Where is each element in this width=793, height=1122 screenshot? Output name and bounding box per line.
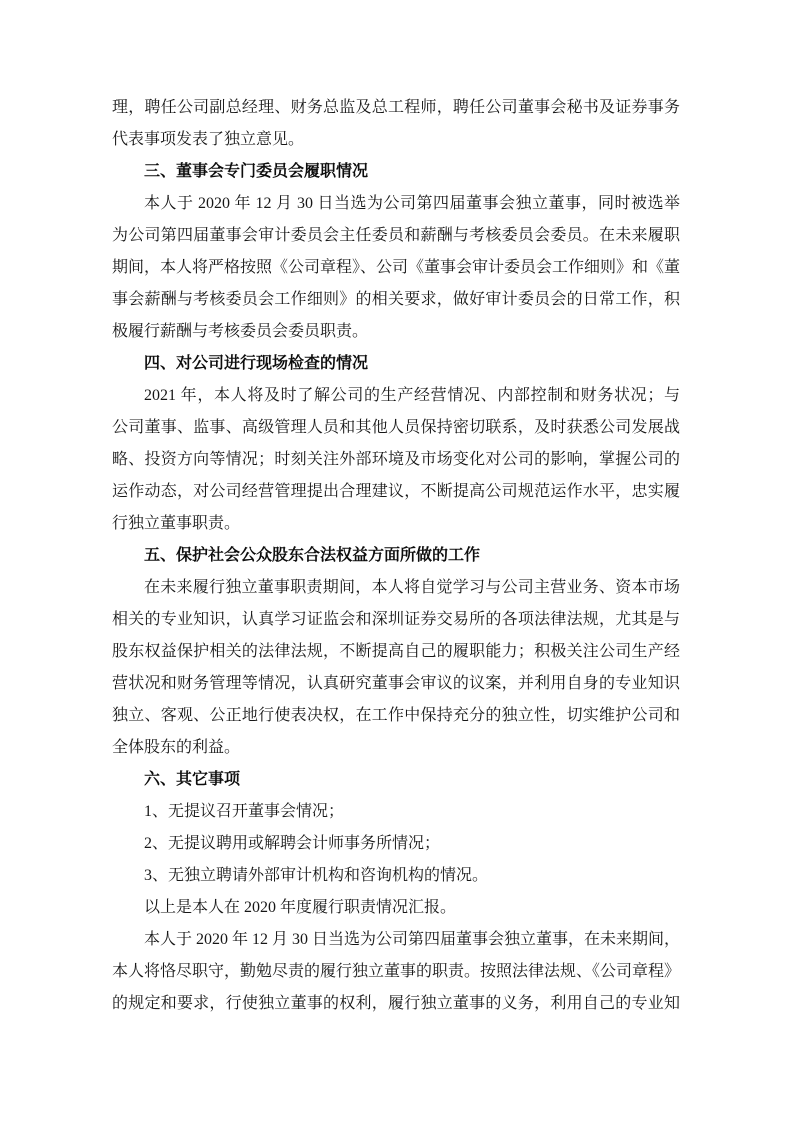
text-line: 本人将恪尽职守，勤勉尽责的履行独立董事的职责。按照法律法规、《公司章程》 — [112, 956, 680, 988]
text-line: 为公司第四届董事会审计委员会主任委员和薪酬与考核委员会委员。在未来履职 — [112, 220, 680, 252]
document-page: 理，聘任公司副总经理、财务总监及总工程师，聘任公司董事会秘书及证券事务代表事项发… — [0, 0, 793, 1122]
text-line: 以上是本人在 2020 年度履行职责情况汇报。 — [112, 892, 680, 924]
text-line: 2、无提议聘用或解聘会计师事务所情况； — [112, 828, 680, 860]
text-line: 运作动态，对公司经营管理提出合理建议，不断提高公司规范运作水平，忠实履 — [112, 476, 680, 508]
text-line: 公司董事、监事、高级管理人员和其他人员保持密切联系，及时获悉公司发展战 — [112, 412, 680, 444]
text-line: 的规定和要求，行使独立董事的权利，履行独立董事的义务，利用自己的专业知 — [112, 988, 680, 1020]
text-line: 事会薪酬与考核委员会工作细则》的相关要求，做好审计委员会的日常工作，积 — [112, 284, 680, 316]
text-line: 本人于 2020 年 12 月 30 日当选为公司第四届董事会独立董事，在未来期… — [112, 924, 680, 956]
text-line: 本人于 2020 年 12 月 30 日当选为公司第四届董事会独立董事，同时被选… — [112, 188, 680, 220]
text-line: 行独立董事职责。 — [112, 508, 680, 540]
section-heading: 五、保护社会公众股东合法权益方面所做的工作 — [112, 540, 680, 572]
text-line: 营状况和财务管理等情况，认真研究董事会审议的议案，并利用自身的专业知识 — [112, 668, 680, 700]
text-line: 相关的专业知识，认真学习证监会和深圳证券交易所的各项法律法规，尤其是与 — [112, 604, 680, 636]
section-heading: 四、对公司进行现场检查的情况 — [112, 348, 680, 380]
text-line: 在未来履行独立董事职责期间，本人将自觉学习与公司主营业务、资本市场 — [112, 572, 680, 604]
section-heading: 三、董事会专门委员会履职情况 — [112, 156, 680, 188]
text-line: 理，聘任公司副总经理、财务总监及总工程师，聘任公司董事会秘书及证券事务 — [112, 92, 680, 124]
text-line: 全体股东的利益。 — [112, 732, 680, 764]
document-content: 理，聘任公司副总经理、财务总监及总工程师，聘任公司董事会秘书及证券事务代表事项发… — [112, 92, 680, 1020]
text-line: 2021 年，本人将及时了解公司的生产经营情况、内部控制和财务状况；与 — [112, 380, 680, 412]
text-line: 代表事项发表了独立意见。 — [112, 124, 680, 156]
text-line: 1、无提议召开董事会情况； — [112, 796, 680, 828]
text-line: 期间，本人将严格按照《公司章程》、公司《董事会审计委员会工作细则》和《董 — [112, 252, 680, 284]
text-line: 3、无独立聘请外部审计机构和咨询机构的情况。 — [112, 860, 680, 892]
text-line: 独立、客观、公正地行使表决权，在工作中保持充分的独立性，切实维护公司和 — [112, 700, 680, 732]
text-line: 极履行薪酬与考核委员会委员职责。 — [112, 316, 680, 348]
text-line: 略、投资方向等情况；时刻关注外部环境及市场变化对公司的影响，掌握公司的 — [112, 444, 680, 476]
text-line: 股东权益保护相关的法律法规，不断提高自己的履职能力；积极关注公司生产经 — [112, 636, 680, 668]
section-heading: 六、其它事项 — [112, 764, 680, 796]
